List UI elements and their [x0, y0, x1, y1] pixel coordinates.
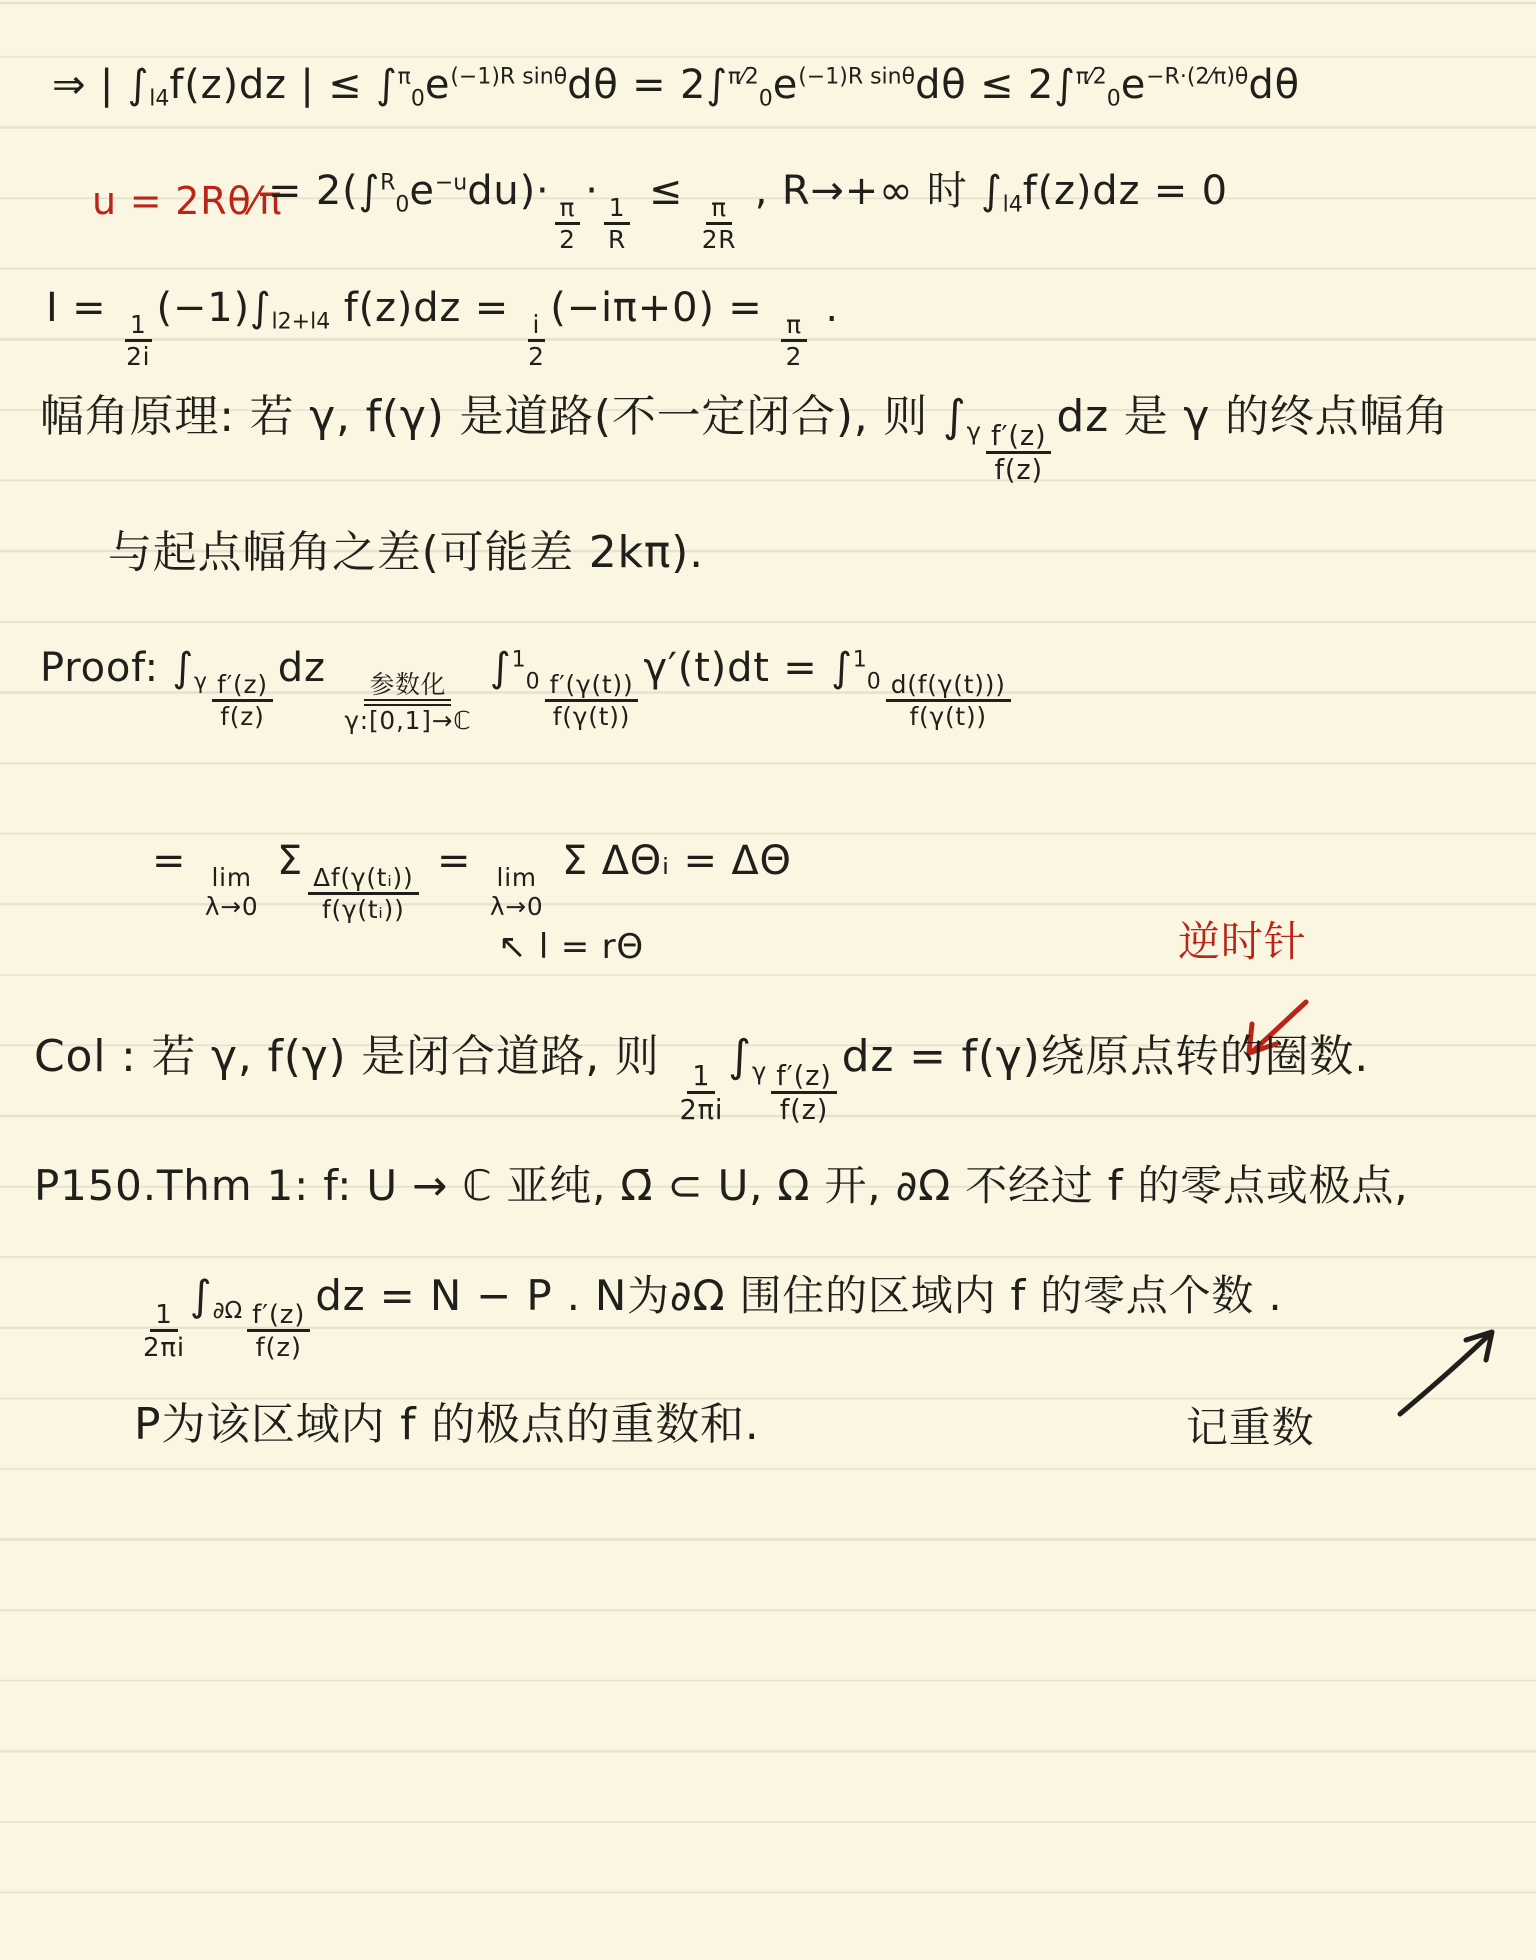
corollary-winding-number: Col : 若 γ, f(γ) 是闭合道路, 则 12πi∫γf′(z)f(z)… [34, 1032, 1369, 1126]
count-multiplicity-note: 记重数 [1186, 1404, 1314, 1452]
proof-parametrize: Proof: ∫γf′(z)f(z)dz 参数化γ:[0,1]→ℂ ∫10f′(… [40, 645, 1016, 735]
thm1-poles-line: P为该区域内 f 的极点的重数和. [134, 1400, 760, 1451]
proof-arc-note: ↖ l = rΘ [498, 928, 644, 967]
counterclockwise-note-red: 逆时针 [1178, 918, 1306, 966]
eq-jordan-estimate: ⇒ | ∫l4f(z)dz | ≤ ∫π0e(−1)R sinθdθ = 2∫π… [52, 62, 1300, 112]
notes-page: ⇒ | ∫l4f(z)dz | ≤ ∫π0e(−1)R sinθdθ = 2∫π… [0, 0, 1536, 1960]
thm1-formula: 12πi∫∂Ωf′(z)f(z)dz = N − P . N为∂Ω 围住的区域内… [138, 1272, 1282, 1362]
black-arrow-multiplicity-head [1466, 1332, 1492, 1360]
proof-limit-sum: = limλ→0 ΣΔf(γ(tᵢ))f(γ(tᵢ)) = limλ→0 Σ Δ… [152, 838, 792, 924]
black-arrow-multiplicity [1400, 1334, 1490, 1414]
argument-principle-statement-2: 与起点幅角之差(可能差 2kπ). [108, 528, 704, 579]
eq-integral-value: I = 12i(−1)∫l2+l4 f(z)dz = i2(−iπ+0) = π… [46, 285, 839, 371]
substitution-note-red: u = 2Rθ⁄π [92, 180, 282, 224]
thm1-hypotheses: P150.Thm 1: f: U → ℂ 亚纯, Ω̄ ⊂ U, Ω 开, ∂Ω… [34, 1162, 1408, 1210]
argument-principle-statement: 幅角原理: 若 γ, f(γ) 是道路(不一定闭合), 则 ∫γf′(z)f(z… [40, 392, 1449, 486]
eq-limit-zero: = 2(∫R0e−udu)·π2·1R ≤ π2R , R→+∞ 时 ∫l4f(… [268, 168, 1228, 254]
